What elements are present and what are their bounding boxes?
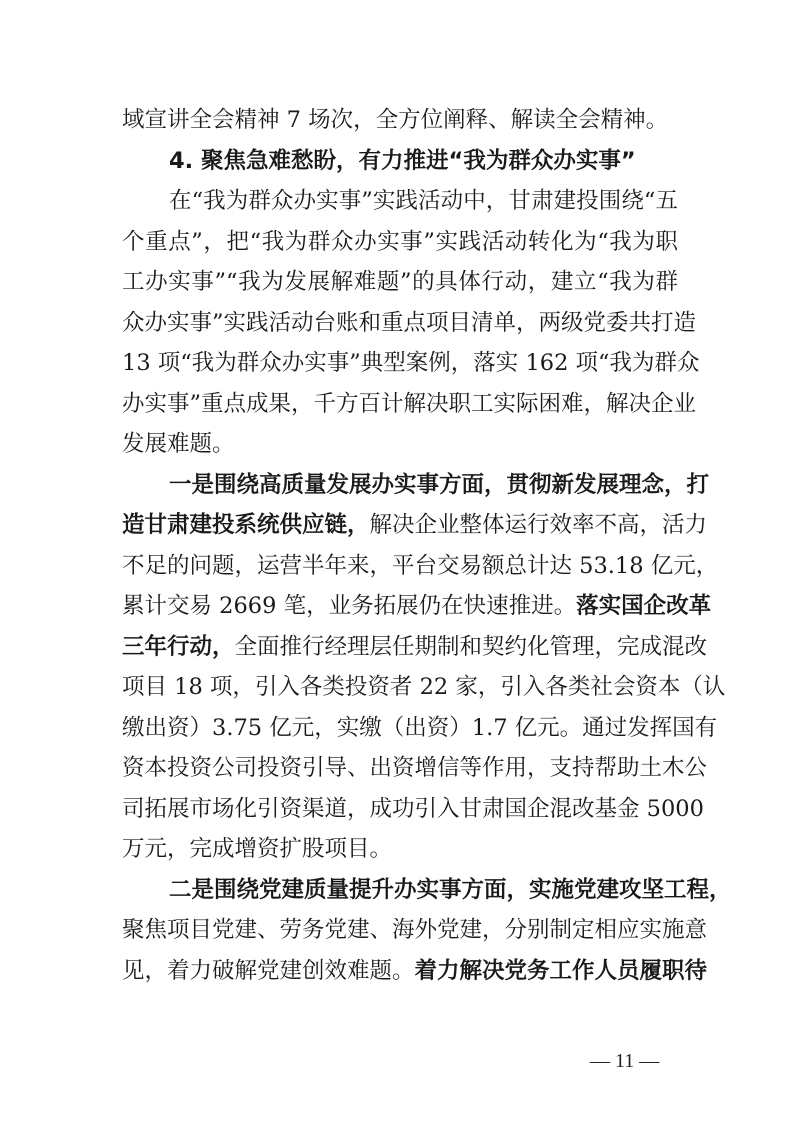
- body-text: 聚焦项目党建、劳务党建、海外党建，分别制定相应实施意: [122, 917, 707, 943]
- body-text: 解决企业整体运行效率不高，活力: [370, 512, 708, 538]
- body-text: 不足的问题，运营半年来，平台交易额总计达 53.18 亿元，: [122, 553, 718, 579]
- body-text: 办实事”重点成果，千方百计解决职工实际困难，解决企业: [122, 391, 696, 417]
- text-line: 三年行动，全面推行经理层任期制和契约化管理，完成混改: [122, 627, 678, 668]
- text-line: 一是围绕高质量发展办实事方面，贯彻新发展理念，打: [122, 465, 678, 506]
- text-line: 司拓展市场化引资渠道，成功引入甘肃国企混改基金 5000: [122, 789, 678, 830]
- text-line: 不足的问题，运营半年来，平台交易额总计达 53.18 亿元，: [122, 546, 678, 587]
- bold-text: 着力解决党务工作人员履职待: [415, 958, 708, 984]
- body-text: 全面推行经理层任期制和契约化管理，完成混改: [235, 634, 708, 660]
- bold-text: 三年行动，: [122, 634, 235, 660]
- body-text: 资本投资公司投资引导、出资增信等作用，支持帮助土木公: [122, 755, 707, 781]
- body-text: 域宣讲全会精神 7 场次，全方位阐释、解读全会精神。: [122, 107, 668, 133]
- section-heading: 4. 聚焦急难愁盼，有力推进“我为群众办实事”: [122, 141, 678, 182]
- bold-text: 造甘肃建投系统供应链，: [122, 512, 370, 538]
- bold-text: 落实国企改革: [576, 593, 711, 619]
- body-text: 13 项“我为群众办实事”典型案例，落实 162 项“我为群众: [122, 350, 700, 376]
- text-line: 办实事”重点成果，千方百计解决职工实际困难，解决企业: [122, 384, 678, 425]
- text-line: 缴出资）3.75 亿元，实缴（出资）1.7 亿元。通过发挥国有: [122, 708, 678, 749]
- text-line: 万元，完成增资扩股项目。: [122, 829, 678, 870]
- body-text: 见，着力破解党建创效难题。: [122, 958, 415, 984]
- text-line: 聚焦项目党建、劳务党建、海外党建，分别制定相应实施意: [122, 910, 678, 951]
- bold-text: 二是围绕党建质量提升办实事方面，实施党建攻坚工程，: [169, 877, 732, 903]
- body-text: 万元，完成增资扩股项目。: [122, 836, 392, 862]
- body-text: 发展难题。: [122, 431, 235, 457]
- page-number: — 11 —: [590, 1050, 659, 1073]
- body-text: 工办实事”“我为发展解难题”的具体行动，建立“我为群: [122, 269, 678, 295]
- text-line: 13 项“我为群众办实事”典型案例，落实 162 项“我为群众: [122, 343, 678, 384]
- text-line: 项目 18 项，引入各类投资者 22 家，引入各类社会资本（认: [122, 667, 678, 708]
- text-line: 工办实事”“我为发展解难题”的具体行动，建立“我为群: [122, 262, 678, 303]
- body-text: 司拓展市场化引资渠道，成功引入甘肃国企混改基金 5000: [122, 796, 704, 822]
- text-line: 域宣讲全会精神 7 场次，全方位阐释、解读全会精神。: [122, 100, 678, 141]
- body-text: 累计交易 2669 笔，业务拓展仍在快速推进。: [122, 593, 576, 619]
- text-line: 二是围绕党建质量提升办实事方面，实施党建攻坚工程，: [122, 870, 678, 911]
- text-line: 资本投资公司投资引导、出资增信等作用，支持帮助土木公: [122, 748, 678, 789]
- body-text: 众办实事”实践活动台账和重点项目清单，两级党委共打造: [122, 310, 696, 336]
- text-line: 发展难题。: [122, 424, 678, 465]
- document-body: 域宣讲全会精神 7 场次，全方位阐释、解读全会精神。4. 聚焦急难愁盼，有力推进…: [122, 100, 678, 991]
- text-line: 见，着力破解党建创效难题。着力解决党务工作人员履职待: [122, 951, 678, 992]
- text-line: 造甘肃建投系统供应链，解决企业整体运行效率不高，活力: [122, 505, 678, 546]
- text-line: 累计交易 2669 笔，业务拓展仍在快速推进。落实国企改革: [122, 586, 678, 627]
- body-text: 在“我为群众办实事”实践活动中，甘肃建投围绕“五: [169, 188, 678, 214]
- body-text: 项目 18 项，引入各类投资者 22 家，引入各类社会资本（认: [122, 674, 725, 700]
- text-line: 在“我为群众办实事”实践活动中，甘肃建投围绕“五: [122, 181, 678, 222]
- text-line: 众办实事”实践活动台账和重点项目清单，两级党委共打造: [122, 303, 678, 344]
- body-text: 缴出资）3.75 亿元，实缴（出资）1.7 亿元。通过发挥国有: [122, 715, 717, 741]
- body-text: 个重点”，把“我为群众办实事”实践活动转化为“我为职: [122, 229, 678, 255]
- bold-text: 一是围绕高质量发展办实事方面，贯彻新发展理念，打: [169, 472, 709, 498]
- bold-text: 4. 聚焦急难愁盼，有力推进“我为群众办实事”: [169, 148, 636, 174]
- text-line: 个重点”，把“我为群众办实事”实践活动转化为“我为职: [122, 222, 678, 263]
